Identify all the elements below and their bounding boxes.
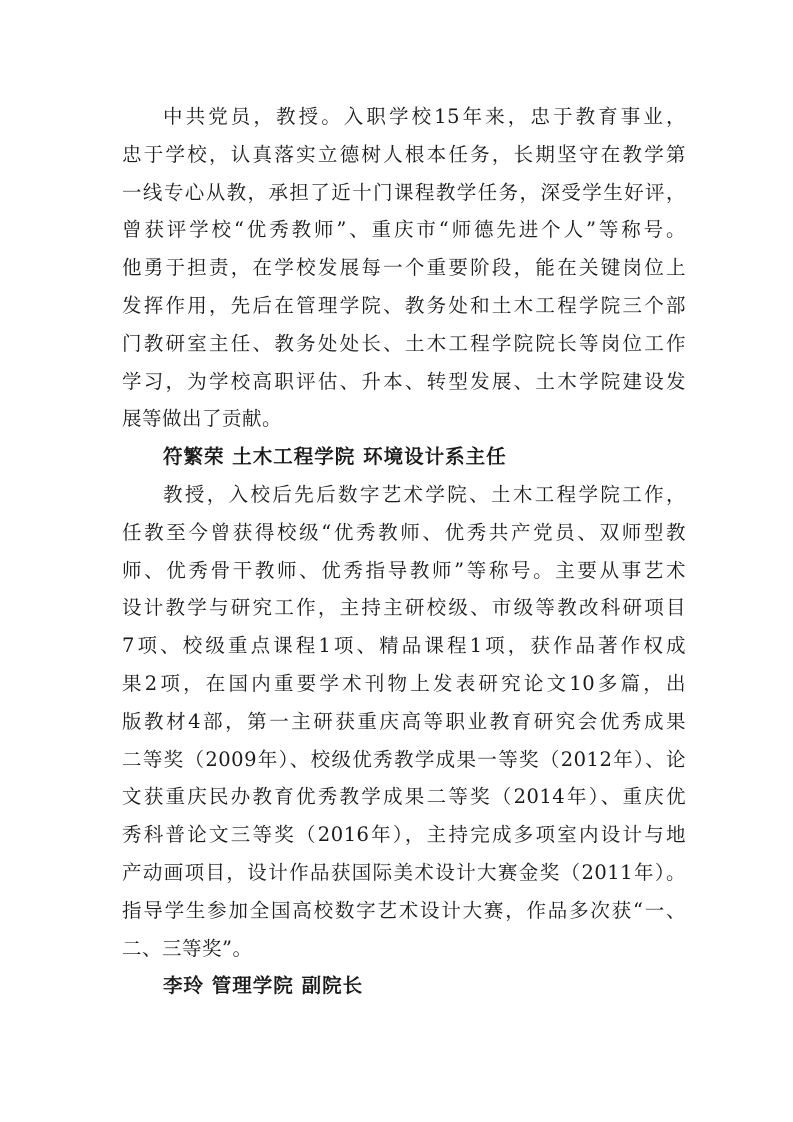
body-line: 任教至今曾获得校级“优秀教师、优秀共产党员、双师型教 <box>122 514 686 552</box>
document-page: 中共党员，教授。入职学校15年来，忠于教育事业， 忠于学校，认真落实立德树人根本… <box>122 98 686 1005</box>
body-line: 中共党员，教授。入职学校15年来，忠于教育事业， <box>122 98 686 136</box>
body-line: 秀科普论文三等奖（2016年），主持完成多项室内设计与地 <box>122 816 686 854</box>
body-line: 师、优秀骨干教师、优秀指导教师”等称号。主要从事艺术 <box>122 552 686 590</box>
body-line: 二等奖（2009年）、校级优秀教学成果一等奖（2012年）、论 <box>122 741 686 779</box>
body-line: 一线专心从教，承担了近十门课程教学任务，深受学生好评， <box>122 174 686 212</box>
body-line: 他勇于担责，在学校发展每一个重要阶段，能在关键岗位上 <box>122 249 686 287</box>
body-line: 曾获评学校“优秀教师”、重庆市“师德先进个人”等称号。 <box>122 211 686 249</box>
body-line: 指导学生参加全国高校数字艺术设计大赛，作品多次获“一、 <box>122 892 686 930</box>
body-line: 门教研室主任、教务处处长、土木工程学院院长等岗位工作 <box>122 325 686 363</box>
body-line: 产动画项目，设计作品获国际美术设计大赛金奖（2011年）。 <box>122 854 686 892</box>
body-line: 二、三等奖”。 <box>122 930 686 968</box>
body-line: 学习，为学校高职评估、升本、转型发展、土木学院建设发 <box>122 363 686 401</box>
body-line: 发挥作用，先后在管理学院、教务处和土木工程学院三个部 <box>122 287 686 325</box>
body-line: 7项、校级重点课程1项、精品课程1项，获作品著作权成 <box>122 627 686 665</box>
body-line: 展等做出了贡献。 <box>122 400 686 438</box>
body-line: 果2项，在国内重要学术刊物上发表研究论文10多篇，出 <box>122 665 686 703</box>
body-line: 版教材4部，第一主研获重庆高等职业教育研究会优秀成果 <box>122 703 686 741</box>
body-line: 教授，入校后先后数字艺术学院、土木工程学院工作， <box>122 476 686 514</box>
body-line: 忠于学校，认真落实立德树人根本任务，长期坚守在教学第 <box>122 136 686 174</box>
person-heading: 符繁荣 土木工程学院 环境设计系主任 <box>122 438 686 476</box>
body-line: 设计教学与研究工作，主持主研校级、市级等教改科研项目 <box>122 589 686 627</box>
body-line: 文获重庆民办教育优秀教学成果二等奖（2014年）、重庆优 <box>122 778 686 816</box>
person-heading: 李玲 管理学院 副院长 <box>122 967 686 1005</box>
